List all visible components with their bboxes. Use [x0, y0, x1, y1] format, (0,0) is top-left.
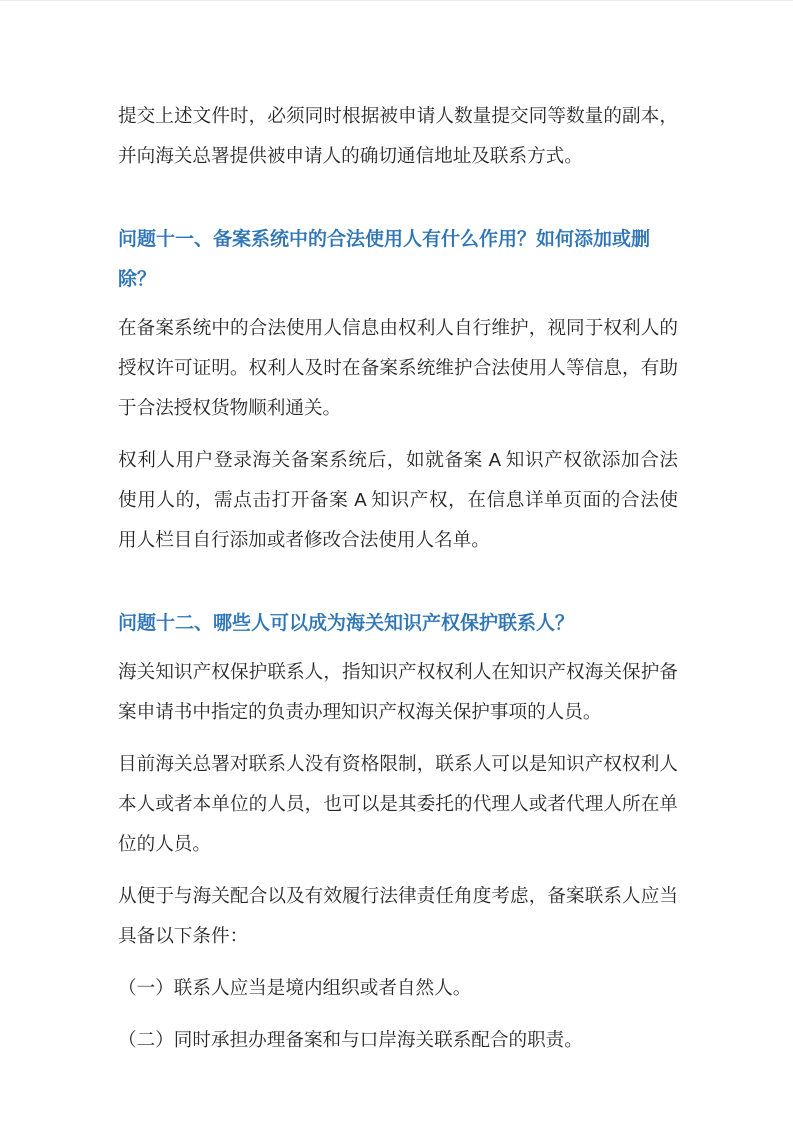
- list-item-condition-1: （一）联系人应当是境内组织或者自然人。: [118, 968, 678, 1008]
- paragraph-copies-requirement: 提交上述文件时，必须同时根据被申请人数量提交同等数量的副本，并向海关总署提供被申…: [118, 96, 678, 176]
- paragraph-add-legal-user-steps: 权利人用户登录海关备案系统后，如就备案 A 知识产权欲添加合法使用人的，需点击打…: [118, 440, 678, 560]
- paragraph-contact-person-eligibility: 目前海关总署对联系人没有资格限制，联系人可以是知识产权权利人本人或者本单位的人员…: [118, 744, 678, 864]
- paragraph-contact-person-conditions-intro: 从便于与海关配合以及有效履行法律责任角度考虑，备案联系人应当具备以下条件：: [118, 876, 678, 956]
- list-item-condition-2: （二）同时承担办理备案和与口岸海关联系配合的职责。: [118, 1020, 678, 1060]
- document-page: 提交上述文件时，必须同时根据被申请人数量提交同等数量的副本，并向海关总署提供被申…: [0, 1, 793, 1122]
- section-heading-question-11: 问题十一、备案系统中的合法使用人有什么作用？如何添加或删除？: [118, 220, 678, 300]
- document-body: 提交上述文件时，必须同时根据被申请人数量提交同等数量的副本，并向海关总署提供被申…: [118, 96, 678, 1060]
- paragraph-legal-user-info: 在备案系统中的合法使用人信息由权利人自行维护，视同于权利人的授权许可证明。权利人…: [118, 308, 678, 428]
- section-heading-question-12: 问题十二、哪些人可以成为海关知识产权保护联系人？: [118, 604, 678, 644]
- paragraph-contact-person-definition: 海关知识产权保护联系人，指知识产权权利人在知识产权海关保护备案申请书中指定的负责…: [118, 652, 678, 732]
